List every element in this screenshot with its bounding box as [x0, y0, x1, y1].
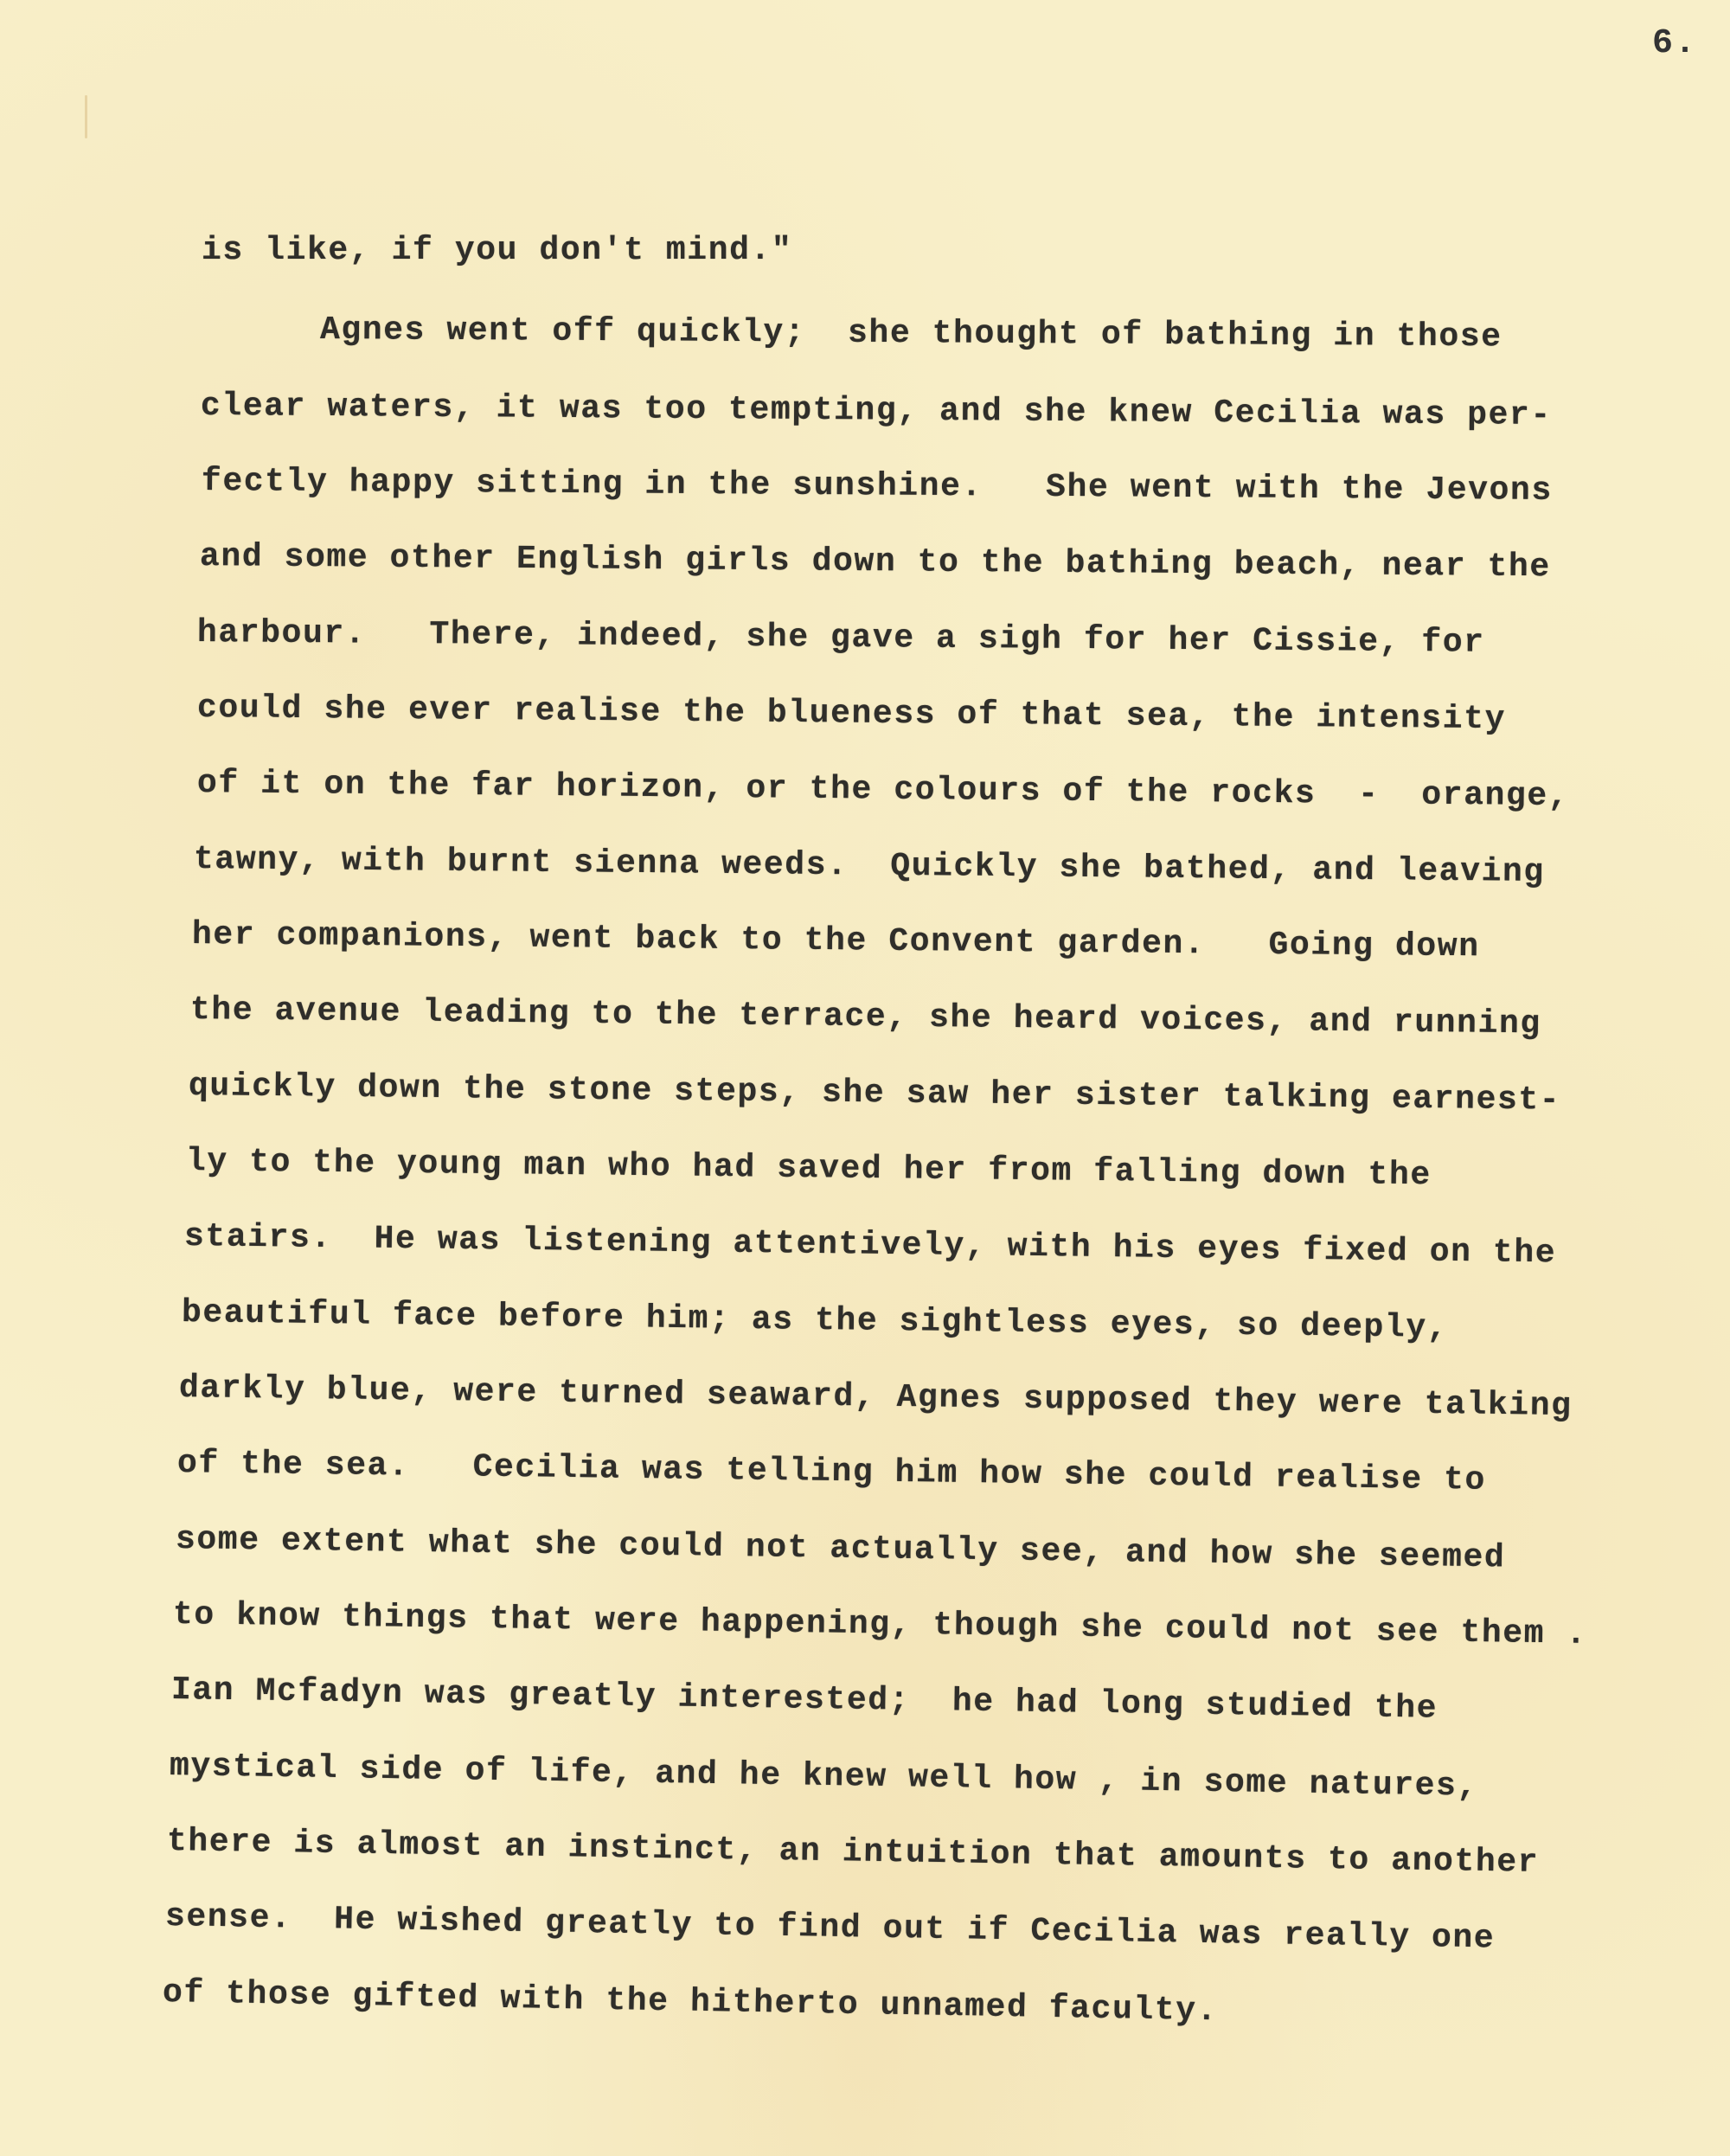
- text-line: mystical side of life, and he knew well …: [170, 1748, 1479, 1806]
- text-line: beautiful face before him; as the sightl…: [182, 1294, 1449, 1347]
- body-text: is like, if you don't mind." Agnes went …: [0, 0, 1730, 2156]
- text-line: and some other English girls down to the…: [200, 538, 1551, 586]
- text-line: to know things that were happening, thou…: [173, 1596, 1588, 1653]
- text-line: Ian Mcfadyn was greatly interested; he h…: [171, 1672, 1438, 1728]
- text-line: is like, if you don't mind.": [202, 232, 859, 269]
- text-line: of those gifted with the hitherto unname…: [163, 1974, 1219, 2030]
- text-line: her companions, went back to the Convent…: [192, 916, 1480, 966]
- text-line: Agnes went off quickly; she thought of b…: [320, 311, 1503, 356]
- text-line: darkly blue, were turned seaward, Agnes …: [179, 1370, 1573, 1425]
- text-line: tawny, with burnt sienna weeds. Quickly …: [194, 841, 1545, 891]
- text-line: stairs. He was listening attentively, wi…: [184, 1218, 1557, 1272]
- text-line: of it on the far horizon, or the colours…: [197, 765, 1570, 815]
- text-line: clear waters, it was too tempting, and s…: [201, 388, 1552, 434]
- text-line: ly to the young man who had saved her fr…: [186, 1143, 1432, 1194]
- text-line: some extent what she could not actually …: [176, 1521, 1506, 1576]
- typewritten-page: 6. is like, if you don't mind." Agnes we…: [0, 0, 1730, 2156]
- text-line: sense. He wished greatly to find out if …: [165, 1898, 1496, 1957]
- text-line: harbour. There, indeed, she gave a sigh …: [197, 614, 1485, 662]
- text-line: the avenue leading to the terrace, she h…: [190, 991, 1541, 1043]
- text-line: fectly happy sitting in the sunshine. Sh…: [202, 463, 1553, 510]
- text-line: of the sea. Cecilia was telling him how …: [177, 1445, 1486, 1499]
- text-line: quickly down the stone steps, she saw he…: [189, 1068, 1561, 1120]
- text-line: could she ever realise the blueness of t…: [197, 690, 1506, 738]
- text-line: there is almost an instinct, an intuitio…: [167, 1823, 1540, 1882]
